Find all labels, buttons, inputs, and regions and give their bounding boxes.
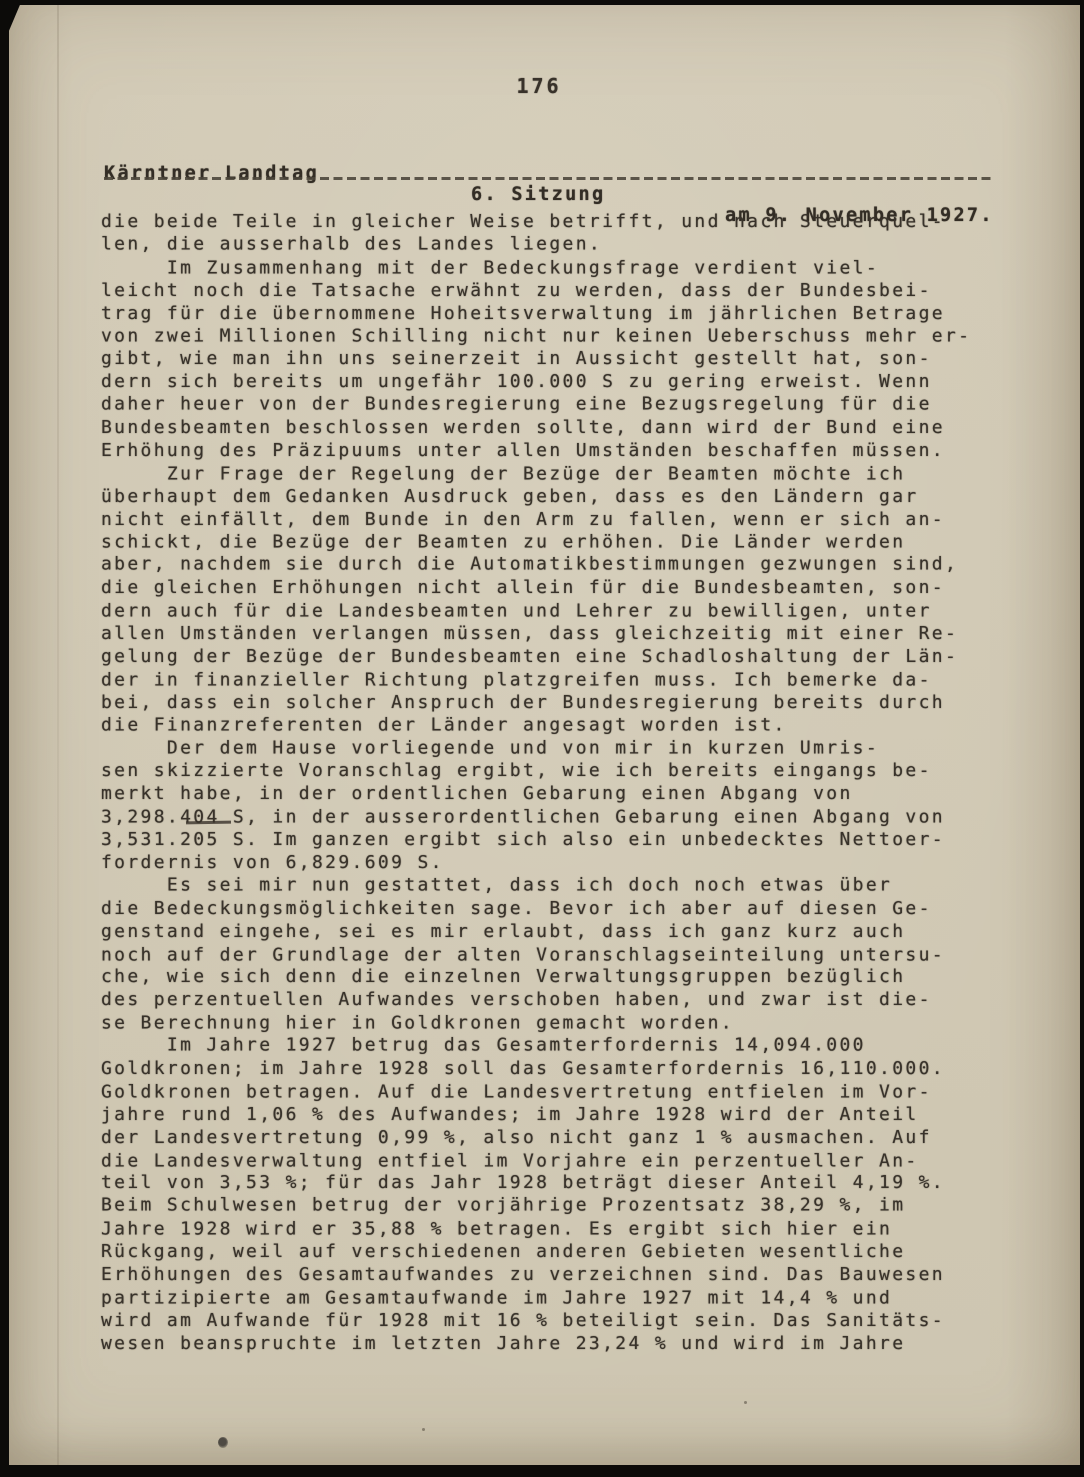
text-line: trag für die übernommene Hoheitsverwaltu… (101, 303, 1021, 326)
text-line: wird am Aufwande für 1928 mit 16 % betei… (101, 1310, 1021, 1333)
dashed-separator (104, 177, 994, 180)
text-line: noch auf der Grundlage der alten Voransc… (101, 944, 1021, 967)
text-line: fordernis von 6,829.609 S. (101, 852, 1021, 875)
header-session-body: Kärntner Landtag (104, 163, 319, 184)
text-line: daher heuer von der Bundesregierung eine… (101, 394, 1021, 417)
text-line: die Landesverwaltung entfiel im Vorjahre… (101, 1150, 1021, 1173)
text-line: gibt, wie man ihn uns seinerzeit in Auss… (101, 348, 1021, 371)
paper-speck (422, 1428, 425, 1431)
text-line: die gleichen Erhöhungen nicht allein für… (101, 577, 1021, 600)
text-line: merkt habe, in der ordentlichen Gebarung… (101, 783, 1021, 806)
text-line: die beide Teile in gleicher Weise betrif… (101, 211, 1021, 234)
text-line: genstand eingehe, sei es mir erlaubt, da… (101, 921, 1021, 944)
text-line: wesen beanspruchte im letzten Jahre 23,2… (101, 1333, 1021, 1356)
text-line: die Finanzreferenten der Länder angesagt… (101, 714, 1021, 737)
scan-corner-shadow (0, 0, 22, 52)
text-line: allen Umständen verlangen müssen, dass g… (101, 623, 1021, 646)
text-line: Im Jahre 1927 betrug das Gesamterfordern… (101, 1035, 1021, 1058)
text-line: bei, dass ein solcher Anspruch der Bunde… (101, 692, 1021, 715)
text-line: Jahre 1928 wird er 35,88 % betragen. Es … (101, 1219, 1021, 1242)
text-line: Goldkronen; im Jahre 1928 soll das Gesam… (101, 1058, 1021, 1081)
text-line: gelung der Bezüge der Bundesbeamten eine… (101, 646, 1021, 669)
text-line: Im Zusammenhang mit der Bedeckungsfrage … (101, 257, 1021, 280)
text-line: Zur Frage der Regelung der Bezüge der Be… (101, 463, 1021, 486)
text-line: Goldkronen betragen. Auf die Landesvertr… (101, 1081, 1021, 1104)
text-line: teil von 3,53 %; für das Jahr 1928 beträ… (101, 1172, 1021, 1195)
text-line: des perzentuellen Aufwandes verschoben h… (101, 989, 1021, 1012)
body-text: die beide Teile in gleicher Weise betrif… (101, 211, 1021, 1356)
text-line: partizipierte am Gesamtaufwande im Jahre… (101, 1287, 1021, 1310)
text-line: sen skizzierte Voranschlag ergibt, wie i… (101, 760, 1021, 783)
text-line: Beim Schulwesen betrug der vorjährige Pr… (101, 1195, 1021, 1218)
text-line: jahre rund 1,06 % des Aufwandes; im Jahr… (101, 1104, 1021, 1127)
text-line: Der dem Hause vorliegende und von mir in… (101, 738, 1021, 761)
document-page: 176 Kärntner Landtag 6. Sitzung am 9. No… (9, 5, 1080, 1465)
text-line: von zwei Millionen Schilling nicht nur k… (101, 326, 1021, 349)
text-line: Rückgang, weil auf verschiedenen anderen… (101, 1241, 1021, 1264)
text-line: nicht einfällt, dem Bunde in den Arm zu … (101, 509, 1021, 532)
text-line: aber, nachdem sie durch die Automatikbes… (101, 554, 1021, 577)
text-line: len, die ausserhalb des Landes liegen. (101, 234, 1021, 257)
text-line: Es sei mir nun gestattet, dass ich doch … (101, 875, 1021, 898)
text-line: dern auch für die Landesbeamten und Lehr… (101, 601, 1021, 624)
header-session-number: 6. Sitzung (471, 184, 605, 205)
scan-background: { "colors": { "paper": "#d3cbb7", "ink":… (0, 0, 1084, 1477)
text-line: se Berechnung hier in Goldkronen gemacht… (101, 1013, 1021, 1036)
text-line: leicht noch die Tatsache erwähnt zu werd… (101, 280, 1021, 303)
page-header: Kärntner Landtag 6. Sitzung am 9. Novemb… (9, 142, 1080, 166)
text-line: 3,531.205 S. Im ganzen ergibt sich also … (101, 829, 1021, 852)
ink-speck (218, 1437, 228, 1448)
text-line: überhaupt dem Gedanken Ausdruck geben, d… (101, 486, 1021, 509)
paper-speck (744, 1401, 747, 1404)
text-line: Erhöhung des Präzipuums unter allen Umst… (101, 440, 1021, 463)
text-line: die Bedeckungsmöglichkeiten sage. Bevor … (101, 898, 1021, 921)
text-line: der in finanzieller Richtung platzgreife… (101, 669, 1021, 692)
text-line: che, wie sich denn die einzelnen Verwalt… (101, 966, 1021, 989)
text-line: schickt, die Bezüge der Beamten zu erhöh… (101, 532, 1021, 555)
page-number: 176 (479, 74, 599, 98)
text-line: der Landesvertretung 0,99 %, also nicht … (101, 1127, 1021, 1150)
text-line: dern sich bereits um ungefähr 100.000 S … (101, 371, 1021, 394)
text-line: 3,298.404 S, in der ausserordentlichen G… (101, 807, 1021, 830)
text-line: Bundesbeamten beschlossen werden sollte,… (101, 417, 1021, 440)
text-line: Erhöhungen des Gesamtaufwandes zu verzei… (101, 1264, 1021, 1287)
